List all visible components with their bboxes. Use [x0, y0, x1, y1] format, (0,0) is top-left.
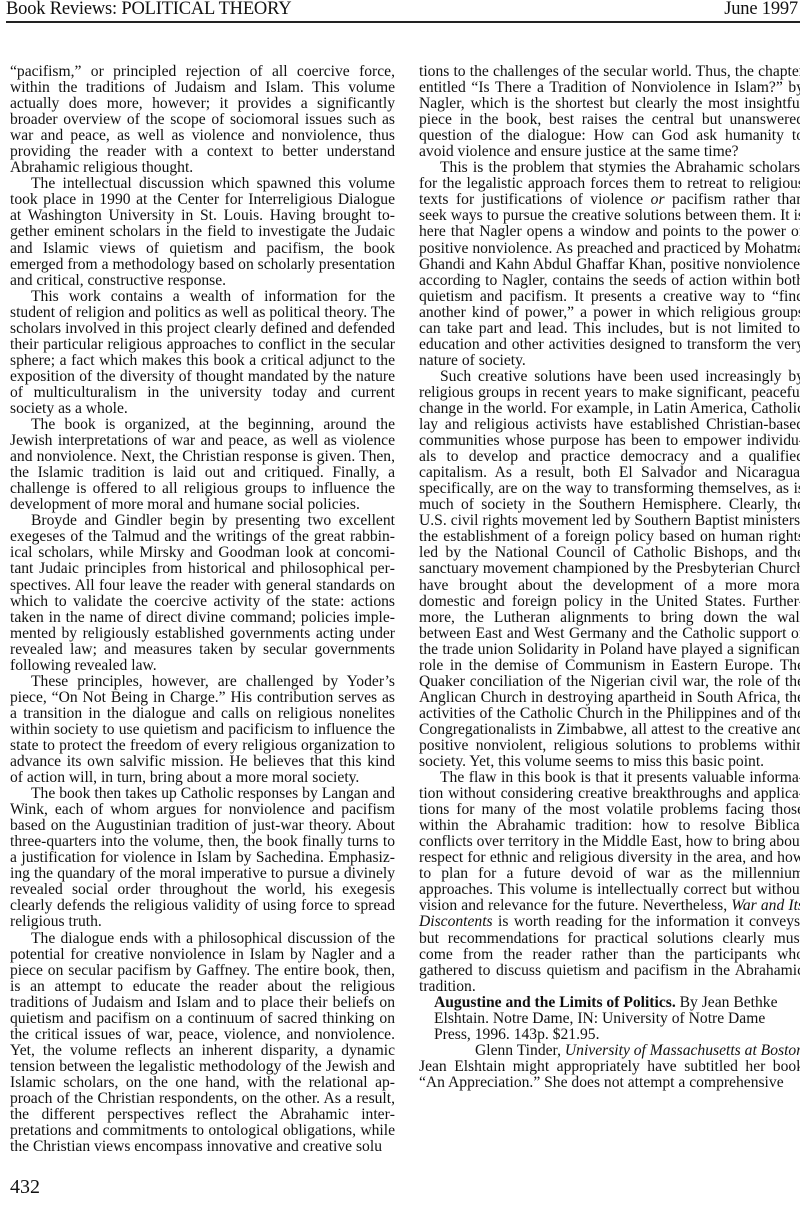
running-header: Book Reviews: POLITICAL THEORY June 1997: [0, 0, 800, 22]
paragraph: The dialogue ends with a philosophical d…: [10, 931, 395, 1156]
right-column: tions to the challenges of the secular w…: [419, 64, 800, 1091]
header-rule: [6, 21, 800, 23]
journal-section-title: Book Reviews: POLITICAL THEORY: [6, 0, 291, 20]
issue-date: June 1997: [724, 0, 798, 20]
paragraph: This is the problem that stymies the Abr…: [419, 160, 800, 369]
emphasis: or: [651, 191, 665, 208]
text-run: pacifism rather than seek ways to pursue…: [419, 191, 800, 368]
paragraph: The flaw in this book is that it present…: [419, 770, 800, 995]
review-citation: Augustine and the Limits of Politics. By…: [419, 995, 800, 1043]
page-number: 432: [10, 1176, 40, 1199]
reviewer-affiliation: University of Massachusetts at Boston: [565, 1042, 800, 1059]
paragraph: “pacifism,” or principled rejection of a…: [10, 64, 395, 176]
paragraph: The book then takes up Catholic response…: [10, 786, 395, 930]
review-opening-paragraph: Jean Elshtain might appropriately have s…: [419, 1059, 800, 1091]
paragraph: tions to the challenges of the secular w…: [419, 64, 800, 160]
paragraph: Broyde and Gindler begin by presenting t…: [10, 513, 395, 673]
paragraph: The intellectual discussion which spawne…: [10, 176, 395, 288]
reviewer-name: Glenn Tinder,: [475, 1042, 565, 1059]
paragraph: These principles, however, are challenge…: [10, 674, 395, 786]
text-run: The flaw in this book is that it present…: [419, 769, 800, 914]
reviewed-book-title: Augustine and the Limits of Politics.: [434, 994, 676, 1011]
left-column: “pacifism,” or principled rejection of a…: [10, 64, 395, 1155]
paragraph: This work contains a wealth of informati…: [10, 289, 395, 417]
paragraph: The book is organized, at the beginning,…: [10, 417, 395, 513]
paragraph: Such creative solutions have been used i…: [419, 369, 800, 770]
reviewer-line: Glenn Tinder, University of Massachusett…: [419, 1043, 800, 1059]
